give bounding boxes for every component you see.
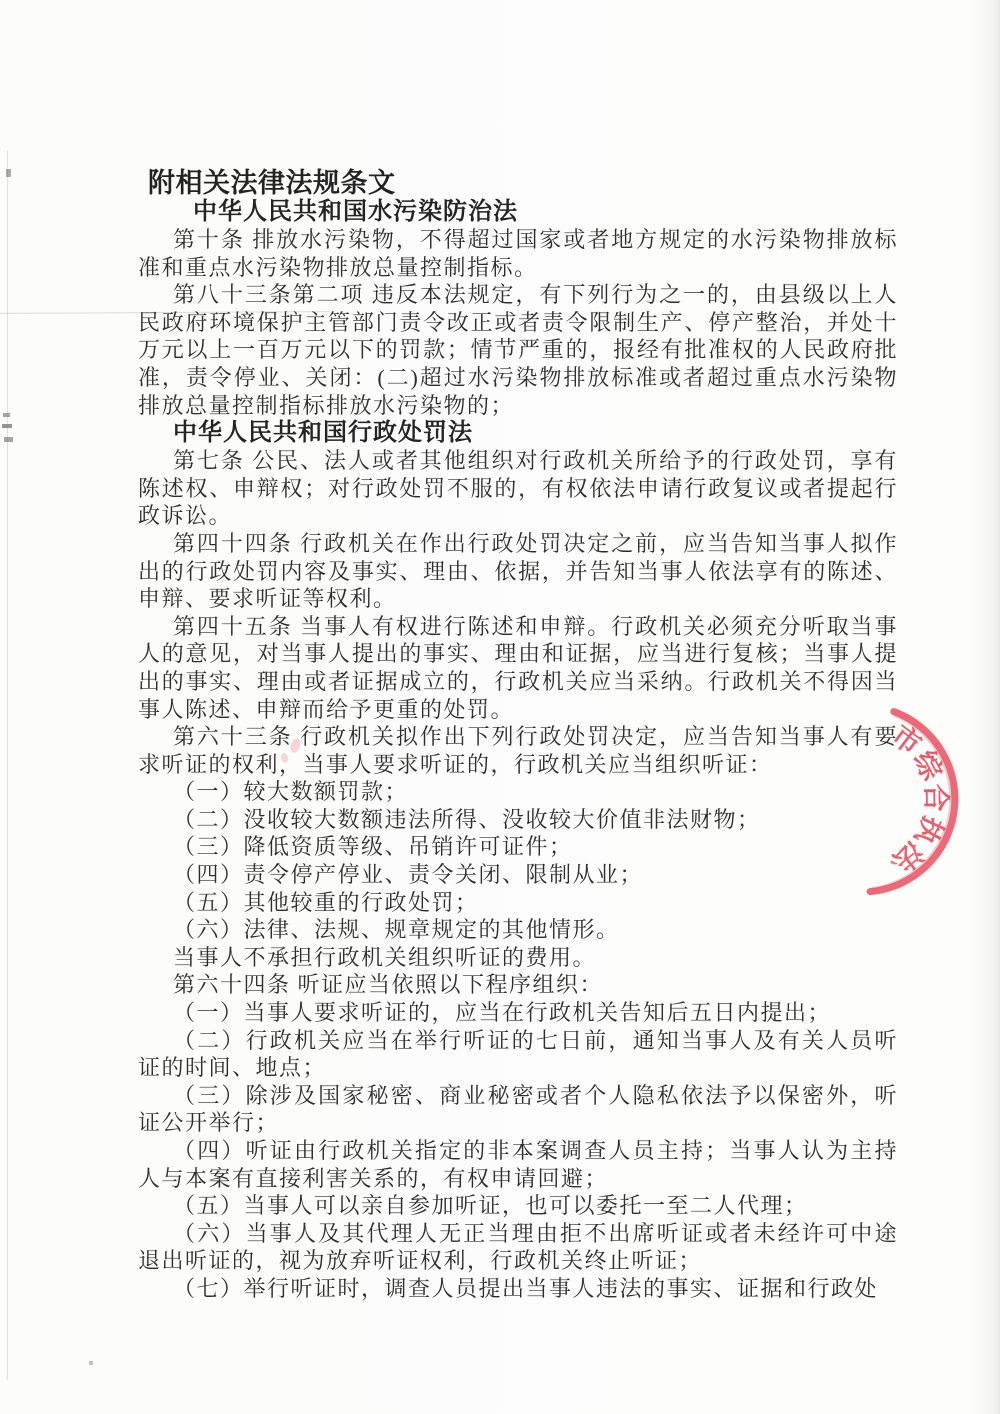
law-title-water-pollution: 中华人民共和国水污染防治法 — [138, 198, 898, 226]
article-paragraph: 第十条 排放水污染物，不得超过国家或者地方规定的水污染物排放标准和重点水污染物排… — [138, 226, 898, 281]
attachment-heading: 附相关法律法规条文 — [148, 168, 898, 198]
article-paragraph: 第四十四条 行政机关在作出行政处罚决定之前，应当告知当事人拟作出的行政处罚内容及… — [138, 530, 898, 613]
list-item: （二）行政机关应当在举行听证的七日前，通知当事人及有关人员听证的时间、地点； — [138, 1027, 898, 1082]
article-paragraph: 第六十四条 听证应当依照以下程序组织： — [138, 971, 898, 999]
seal-character: 合 — [919, 783, 952, 812]
scanned-document-page: 附相关法律法规条文 中华人民共和国水污染防治法 第十条 排放水污染物，不得超过国… — [0, 0, 1000, 1414]
scan-speck — [89, 1361, 93, 1365]
list-item: （四）听证由行政机关指定的非本案调查人员主持；当事人认为主持人与本案有直接利害关… — [138, 1137, 898, 1192]
scan-speck — [3, 413, 10, 417]
article-paragraph: 第七条 公民、法人或者其他组织对行政机关所给予的行政处罚，享有陈述权、申辩权；对… — [138, 447, 898, 530]
scan-speck — [2, 424, 12, 428]
scan-speck — [6, 169, 11, 177]
law-title-admin-penalty: 中华人民共和国行政处罚法 — [138, 419, 898, 447]
list-item: （六）当事人及其代理人无正当理由拒不出席听证或者未经许可中途退出听证的，视为放弃… — [138, 1220, 898, 1275]
scan-speck — [4, 437, 13, 442]
red-seal-stamp: 市 综 合 执 法 、 — [782, 664, 992, 934]
article-paragraph: 第八十三条第二项 违反本法规定，有下列行为之一的，由县级以上人民政府环境保护主管… — [138, 281, 898, 419]
list-item: （七）举行听证时，调查人员提出当事人违法的事实、证据和行政处 — [138, 1275, 898, 1303]
article-paragraph: 当事人不承担行政机关组织听证的费用。 — [138, 944, 898, 972]
scan-edge-line — [7, 150, 8, 1380]
list-item: （三）除涉及国家秘密、商业秘密或者个人隐私依法予以保密外，听证公开举行； — [138, 1082, 898, 1137]
list-item: （一）当事人要求听证的，应当在行政机关告知后五日内提出； — [138, 999, 898, 1027]
list-item: （五）当事人可以亲自参加听证，也可以委托一至二人代理； — [138, 1192, 898, 1220]
